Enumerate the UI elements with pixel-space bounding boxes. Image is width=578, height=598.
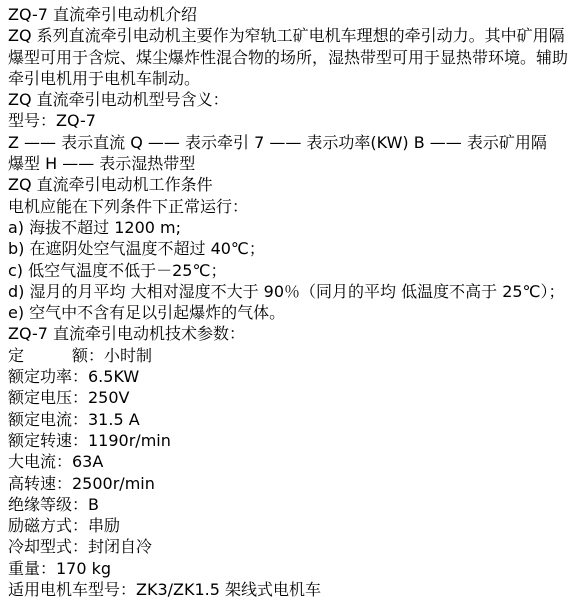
spec-weight-line: 重量：170 kg (8, 558, 570, 579)
spec-applicable-locomotive-line: 适用电机车型号：ZK3/ZK1.5 架线式电机车 (8, 579, 570, 598)
condition-e-line: e) 空气中不含有足以引起爆炸的气体。 (8, 302, 570, 323)
intro-line-3: 牵引电机用于电机车制动。 (8, 68, 570, 89)
condition-d-line: d) 湿月的月平均 大相对湿度不大于 90％（同月的平均 低温度不高于 25℃）… (8, 281, 570, 302)
spec-rated-current-line: 额定电流：31.5 A (8, 409, 570, 430)
tech-params-heading: ZQ-7 直流牵引电动机技术参数： (8, 323, 570, 344)
model-code-line-2: 爆型 H —— 表示湿热带型 (8, 153, 570, 174)
condition-c-line: c) 低空气温度不低于－25℃； (8, 260, 570, 281)
intro-line-2: 爆型可用于含烷、煤尘爆炸性混合物的场所，湿热带型可用于显热带环境。辅助 (8, 47, 570, 68)
conditions-intro-line: 电机应能在下列条件下正常运行： (8, 196, 570, 217)
spec-rated-speed-line: 额定转速：1190r/min (8, 430, 570, 451)
spec-max-speed-line: 高转速：2500r/min (8, 473, 570, 494)
spec-rating-line: 定 额：小时制 (8, 345, 570, 366)
doc-title-line: ZQ-7 直流牵引电动机介绍 (8, 4, 570, 25)
spec-max-current-line: 大电流：63A (8, 451, 570, 472)
spec-insulation-class-line: 绝缘等级：B (8, 494, 570, 515)
model-code-line-1: Z —— 表示直流 Q —— 表示牵引 7 —— 表示功率(KW) B —— 表… (8, 132, 570, 153)
intro-line-1: ZQ 系列直流牵引电动机主要作为窄轨工矿电机车理想的牵引动力。其中矿用隔 (8, 25, 570, 46)
spec-rated-power-line: 额定功率：6.5KW (8, 366, 570, 387)
working-conditions-heading: ZQ 直流牵引电动机工作条件 (8, 174, 570, 195)
condition-a-line: a) 海拔不超过 1200 m; (8, 217, 570, 238)
spec-rated-voltage-line: 额定电压：250V (8, 387, 570, 408)
model-meaning-heading: ZQ 直流牵引电动机型号含义： (8, 89, 570, 110)
motor-intro-document: ZQ-7 直流牵引电动机介绍 ZQ 系列直流牵引电动机主要作为窄轨工矿电机车理想… (0, 0, 578, 598)
condition-b-line: b) 在遮阴处空气温度不超过 40℃； (8, 238, 570, 259)
model-number-line: 型号：ZQ-7 (8, 110, 570, 131)
spec-excitation-mode-line: 励磁方式：串励 (8, 515, 570, 536)
spec-cooling-type-line: 冷却型式：封闭自冷 (8, 536, 570, 557)
